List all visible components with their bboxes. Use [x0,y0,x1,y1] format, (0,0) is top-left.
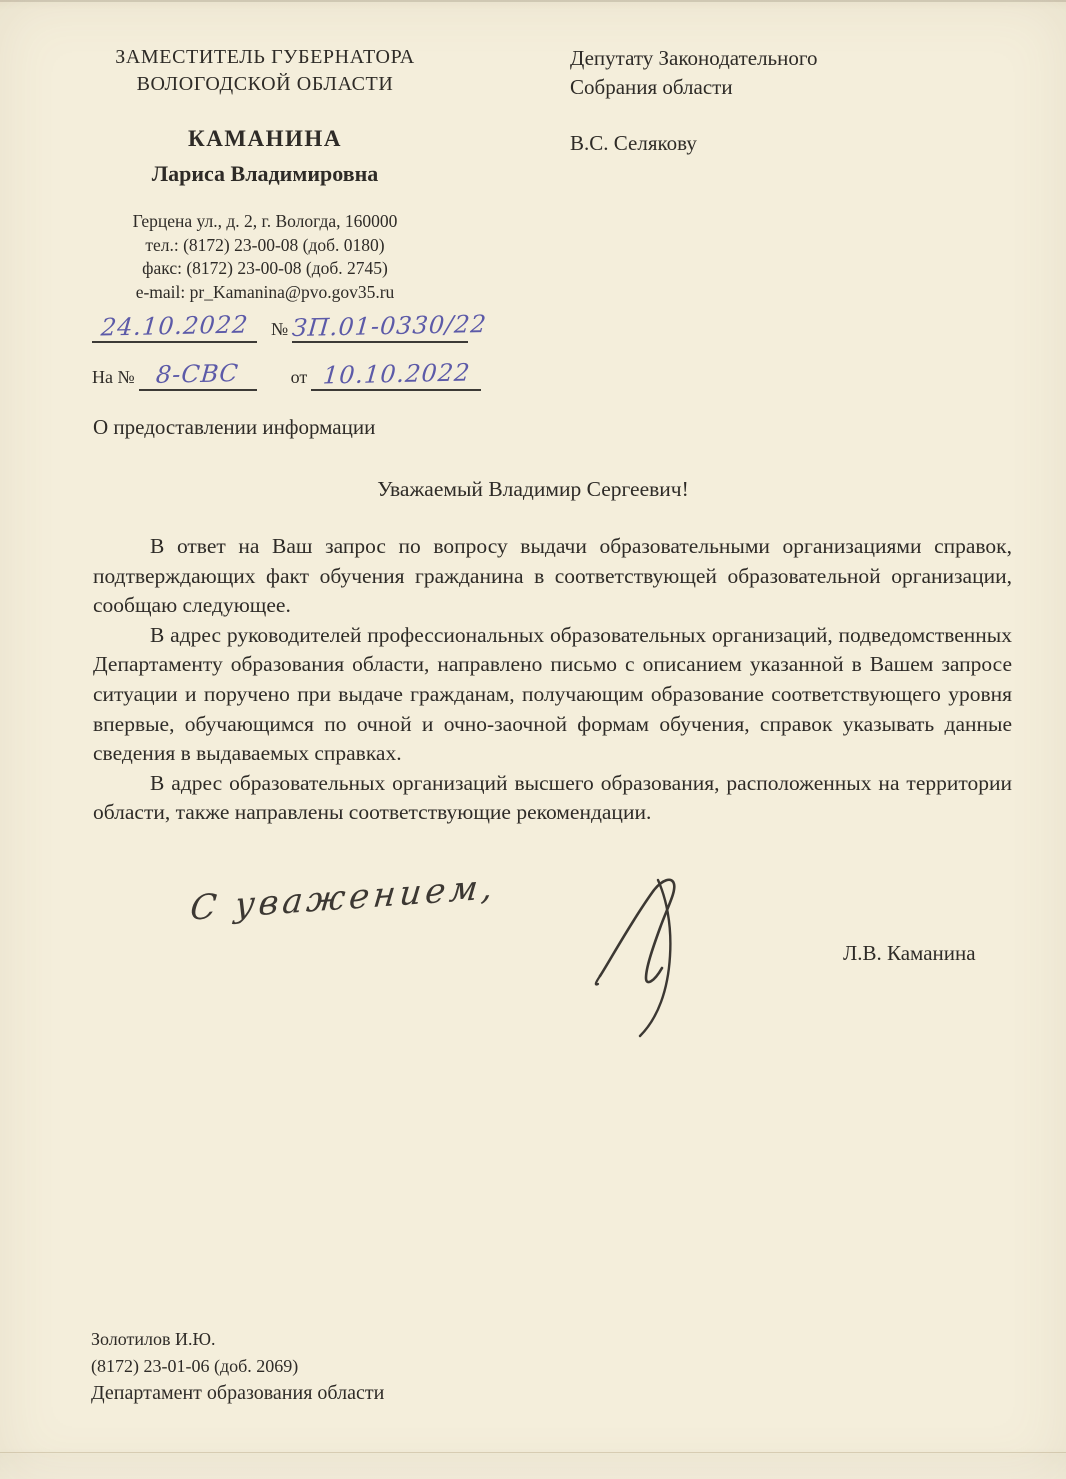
reference-line-incoming: На №8-СВСот10.10.2022 [92,360,481,391]
body-paragraph-3: В адрес образовательных организаций высш… [93,769,1012,828]
letterhead-org-line-1: ЗАМЕСТИТЕЛЬ ГУБЕРНАТОРА [70,44,460,71]
recipient-line-2: Собрания области [570,73,990,102]
reference-line-outgoing: 24.10.2022№ЗП.01-0330/22 [92,312,468,343]
letterhead: ЗАМЕСТИТЕЛЬ ГУБЕРНАТОРА ВОЛОГОДСКОЙ ОБЛА… [70,44,460,304]
executor-name: Золотилов И.Ю. [91,1326,384,1353]
letterhead-phone: тел.: (8172) 23-00-08 (доб. 0180) [70,234,460,258]
signature-icon [588,872,718,1045]
outgoing-number-handwriting: ЗП.01-0330/22 [291,310,488,342]
scan-edge-artifact [0,0,1066,2]
salutation: Уважаемый Владимир Сергеевич! [0,477,1066,502]
letterhead-contact-block: Герцена ул., д. 2, г. Вологда, 160000 те… [70,210,460,304]
recipient-block: Депутату Законодательного Собрания облас… [570,44,990,158]
letterhead-fax: факс: (8172) 23-00-08 (доб. 2745) [70,257,460,281]
incoming-number-field: 8-СВС [139,360,257,391]
letterhead-address: Герцена ул., д. 2, г. Вологда, 160000 [70,210,460,234]
body-paragraph-1: В ответ на Ваш запрос по вопросу выдачи … [93,532,1012,621]
scan-band-artifact [0,1452,1066,1453]
official-surname: КАМАНИНА [70,126,460,152]
executor-org: Департамент образования области [91,1380,384,1407]
incoming-number-handwriting: 8-СВС [155,359,240,389]
executor-block: Золотилов И.Ю. (8172) 23-01-06 (доб. 206… [91,1326,384,1407]
reply-to-label: На № [92,367,139,391]
official-name: Лариса Владимировна [70,161,460,187]
incoming-date-handwriting: 10.10.2022 [321,358,471,389]
letter-body: В ответ на Ваш запрос по вопросу выдачи … [93,532,1012,828]
outgoing-date-handwriting: 24.10.2022 [100,310,250,341]
signatory-name: Л.В. Каманина [843,941,976,966]
body-paragraph-2: В адрес руководителей профессиональных о… [93,621,1012,769]
regards-handwriting: С уважением, [188,867,498,929]
number-sign-label: № [267,319,292,343]
recipient-line-1: Депутату Законодательного [570,44,990,73]
incoming-date-field: 10.10.2022 [311,360,481,391]
recipient-name: В.С. Селякову [570,129,990,158]
letterhead-org-line-2: ВОЛОГОДСКОЙ ОБЛАСТИ [70,71,460,98]
outgoing-number-field: ЗП.01-0330/22 [292,312,468,343]
letter-page: ЗАМЕСТИТЕЛЬ ГУБЕРНАТОРА ВОЛОГОДСКОЙ ОБЛА… [0,0,1066,1479]
subject-line: О предоставлении информации [93,415,375,440]
from-label: от [287,367,312,391]
outgoing-date-field: 24.10.2022 [92,312,257,343]
letterhead-email: e-mail: pr_Kamanina@pvo.gov35.ru [70,281,460,305]
executor-phone: (8172) 23-01-06 (доб. 2069) [91,1353,384,1380]
